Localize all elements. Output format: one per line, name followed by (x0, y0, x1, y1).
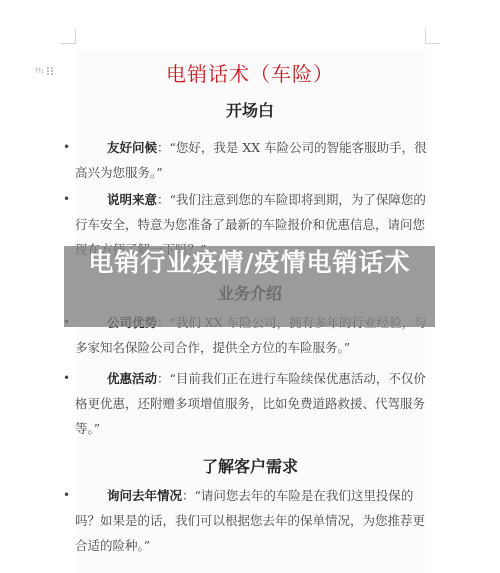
item-label: 说明来意 (107, 192, 157, 207)
page-margin-corner-right (425, 29, 440, 44)
document-title: 电销话术（车险） (0, 58, 500, 87)
list-item: • 优惠活动：“目前我们正在进行车险续保优惠活动，不仅价格更优惠，还附赠多项增值… (75, 366, 427, 441)
item-label: 友好问候 (107, 140, 157, 155)
list-item: • 友好问候：“您好，我是 XX 车险公司的智能客服助手，很高兴为您服务。” (75, 135, 427, 185)
bullet: • (63, 366, 70, 391)
section-title-customer-needs: 了解客户需求 (0, 454, 500, 477)
item-label: 优惠活动 (107, 371, 157, 386)
bullet: • (63, 135, 70, 160)
banner-title: 电销行业疫情/疫情电销话术 (64, 248, 435, 278)
section-title-opening: 开场白 (0, 98, 500, 121)
bullet: • (63, 187, 70, 212)
item-label: 询问去年情况 (107, 488, 182, 503)
list-item: • 询问去年情况：“请问您去年的车险是在我们这里投保的吗？如果是的话，我们可以根… (75, 483, 427, 558)
bullet: • (63, 483, 70, 508)
page-margin-corner-left (61, 29, 76, 44)
